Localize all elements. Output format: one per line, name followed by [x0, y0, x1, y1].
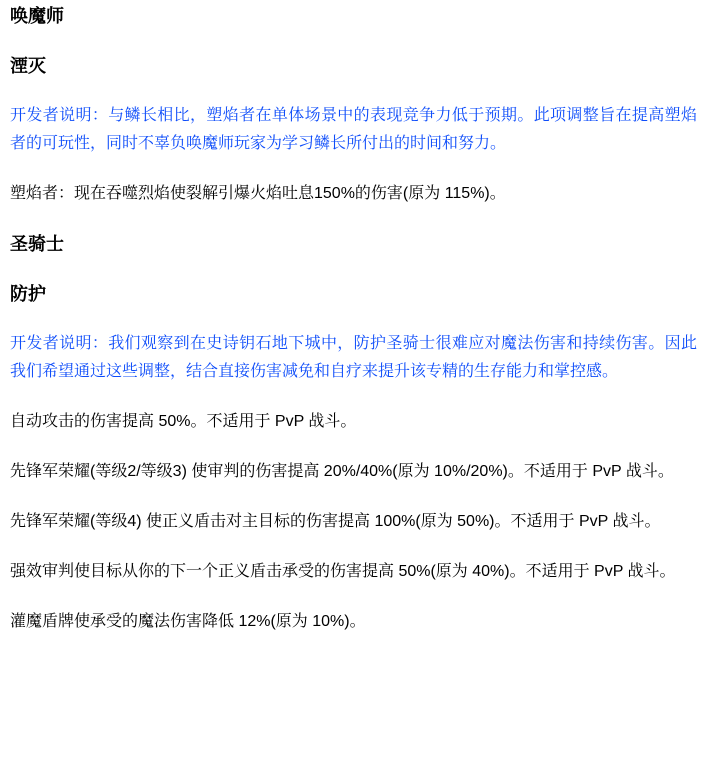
patch-note-greater-judgment: 强效审判使目标从你的下一个正义盾击承受的伤害提高 50%(原为 40%)。不适用…	[10, 558, 697, 586]
spec-heading-devastation: 湮灭	[10, 52, 697, 80]
patch-note-empowered-shield: 灌魔盾牌使承受的魔法伤害降低 12%(原为 10%)。	[10, 608, 697, 636]
class-heading-evoker: 唤魔师	[10, 2, 697, 30]
class-heading-paladin: 圣骑士	[10, 230, 697, 258]
patch-notes-document: 唤魔师 湮灭 开发者说明：与鳞长相比，塑焰者在单体场景中的表现竞争力低于预期。此…	[10, 2, 697, 636]
patch-note-vanguards-honor-rank2-3: 先锋军荣耀(等级2/等级3) 使审判的伤害提高 20%/40%(原为 10%/2…	[10, 458, 697, 486]
developer-note-evoker: 开发者说明：与鳞长相比，塑焰者在单体场景中的表现竞争力低于预期。此项调整旨在提高…	[10, 102, 697, 158]
patch-note-auto-attack: 自动攻击的伤害提高 50%。不适用于 PvP 战斗。	[10, 408, 697, 436]
spec-heading-protection: 防护	[10, 280, 697, 308]
patch-note-flameshaper: 塑焰者：现在吞噬烈焰使裂解引爆火焰吐息150%的伤害(原为 115%)。	[10, 180, 697, 208]
patch-note-vanguards-honor-rank4: 先锋军荣耀(等级4) 使正义盾击对主目标的伤害提高 100%(原为 50%)。不…	[10, 508, 697, 536]
developer-note-paladin: 开发者说明：我们观察到在史诗钥石地下城中，防护圣骑士很难应对魔法伤害和持续伤害。…	[10, 330, 697, 386]
